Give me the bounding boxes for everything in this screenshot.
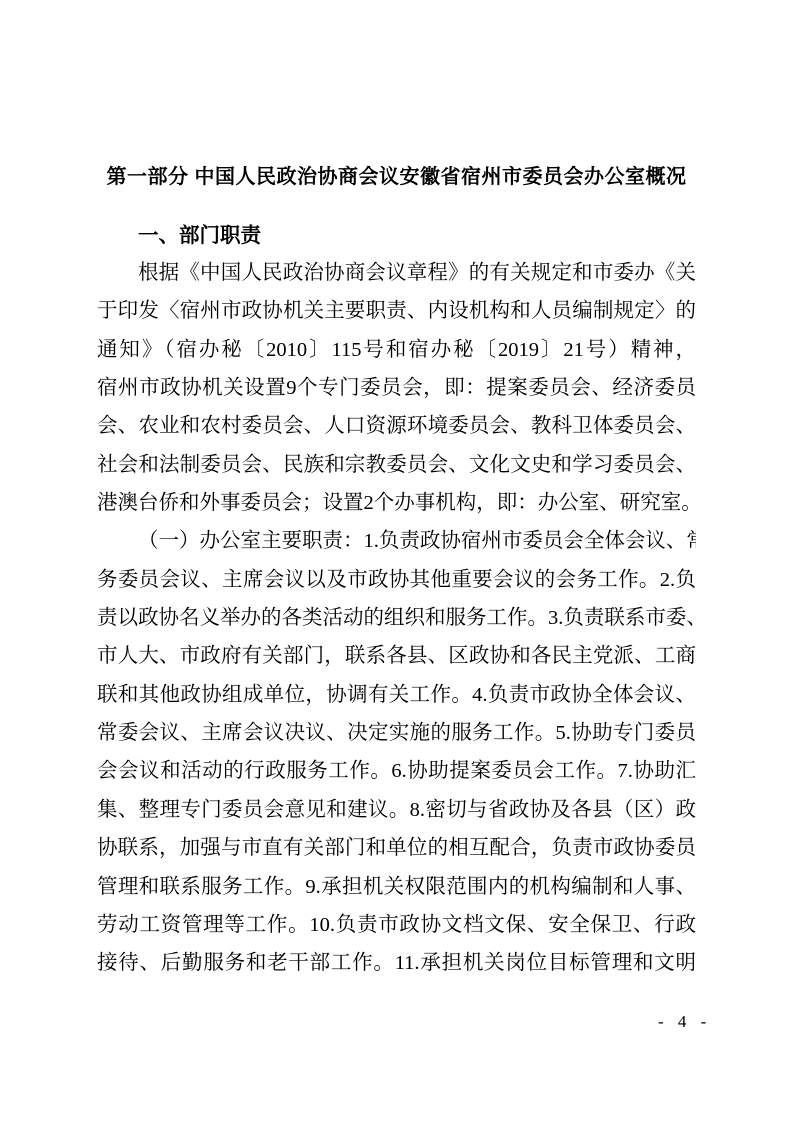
body-line: 务委员会议、主席会议以及市政协其他重要会议的会务工作。2.负 — [97, 561, 696, 599]
page-number: - 4 - — [658, 1012, 709, 1032]
body-line: 会会议和活动的行政服务工作。6.协助提案委员会工作。7.协助汇 — [97, 752, 696, 790]
body-line: 劳动工资管理等工作。10.负责市政协文档文保、安全保卫、行政 — [97, 906, 696, 944]
body-line: 宿州市政协机关设置9个专门委员会，即：提案委员会、经济委员 — [97, 369, 696, 407]
body-line: 港澳台侨和外事委员会；设置2个办事机构，即：办公室、研究室。 — [97, 484, 696, 522]
body-line: 根据《中国人民政治协商会议章程》的有关规定和市委办《关 — [97, 254, 696, 292]
body-line: 通知》（宿办秘〔2010〕115号和宿办秘〔2019〕21号）精神， — [97, 331, 696, 369]
document-page: 第一部分 中国人民政治协商会议安徽省宿州市委员会办公室概况 一、部门职责 根据《… — [0, 0, 793, 1122]
document-body: 根据《中国人民政治协商会议章程》的有关规定和市委办《关于印发〈宿州市政协机关主要… — [97, 254, 696, 983]
body-line: 会、农业和农村委员会、人口资源环境委员会、教科卫体委员会、 — [97, 407, 696, 445]
body-line: 集、整理专门委员会意见和建议。8.密切与省政协及各县（区）政 — [97, 791, 696, 829]
body-line: 管理和联系服务工作。9.承担机关权限范围内的机构编制和人事、 — [97, 868, 696, 906]
section-heading: 一、部门职责 — [97, 222, 696, 250]
body-line: 常委会议、主席会议决议、决定实施的服务工作。5.协助专门委员 — [97, 714, 696, 752]
body-line: 接待、后勤服务和老干部工作。11.承担机关岗位目标管理和文明 — [97, 944, 696, 982]
body-line: 协联系，加强与市直有关部门和单位的相互配合，负责市政协委员 — [97, 829, 696, 867]
body-line: 于印发〈宿州市政协机关主要职责、内设机构和人员编制规定〉的 — [97, 292, 696, 330]
body-line: 联和其他政协组成单位，协调有关工作。4.负责市政协全体会议、 — [97, 676, 696, 714]
body-line: 社会和法制委员会、民族和宗教委员会、文化文史和学习委员会、 — [97, 446, 696, 484]
body-line: （一）办公室主要职责：1.负责政协宿州市委员会全体会议、常 — [97, 522, 696, 560]
document-title: 第一部分 中国人民政治协商会议安徽省宿州市委员会办公室概况 — [97, 164, 696, 191]
body-line: 市人大、市政府有关部门，联系各县、区政协和各民主党派、工商 — [97, 637, 696, 675]
body-line: 责以政协名义举办的各类活动的组织和服务工作。3.负责联系市委、 — [97, 599, 696, 637]
